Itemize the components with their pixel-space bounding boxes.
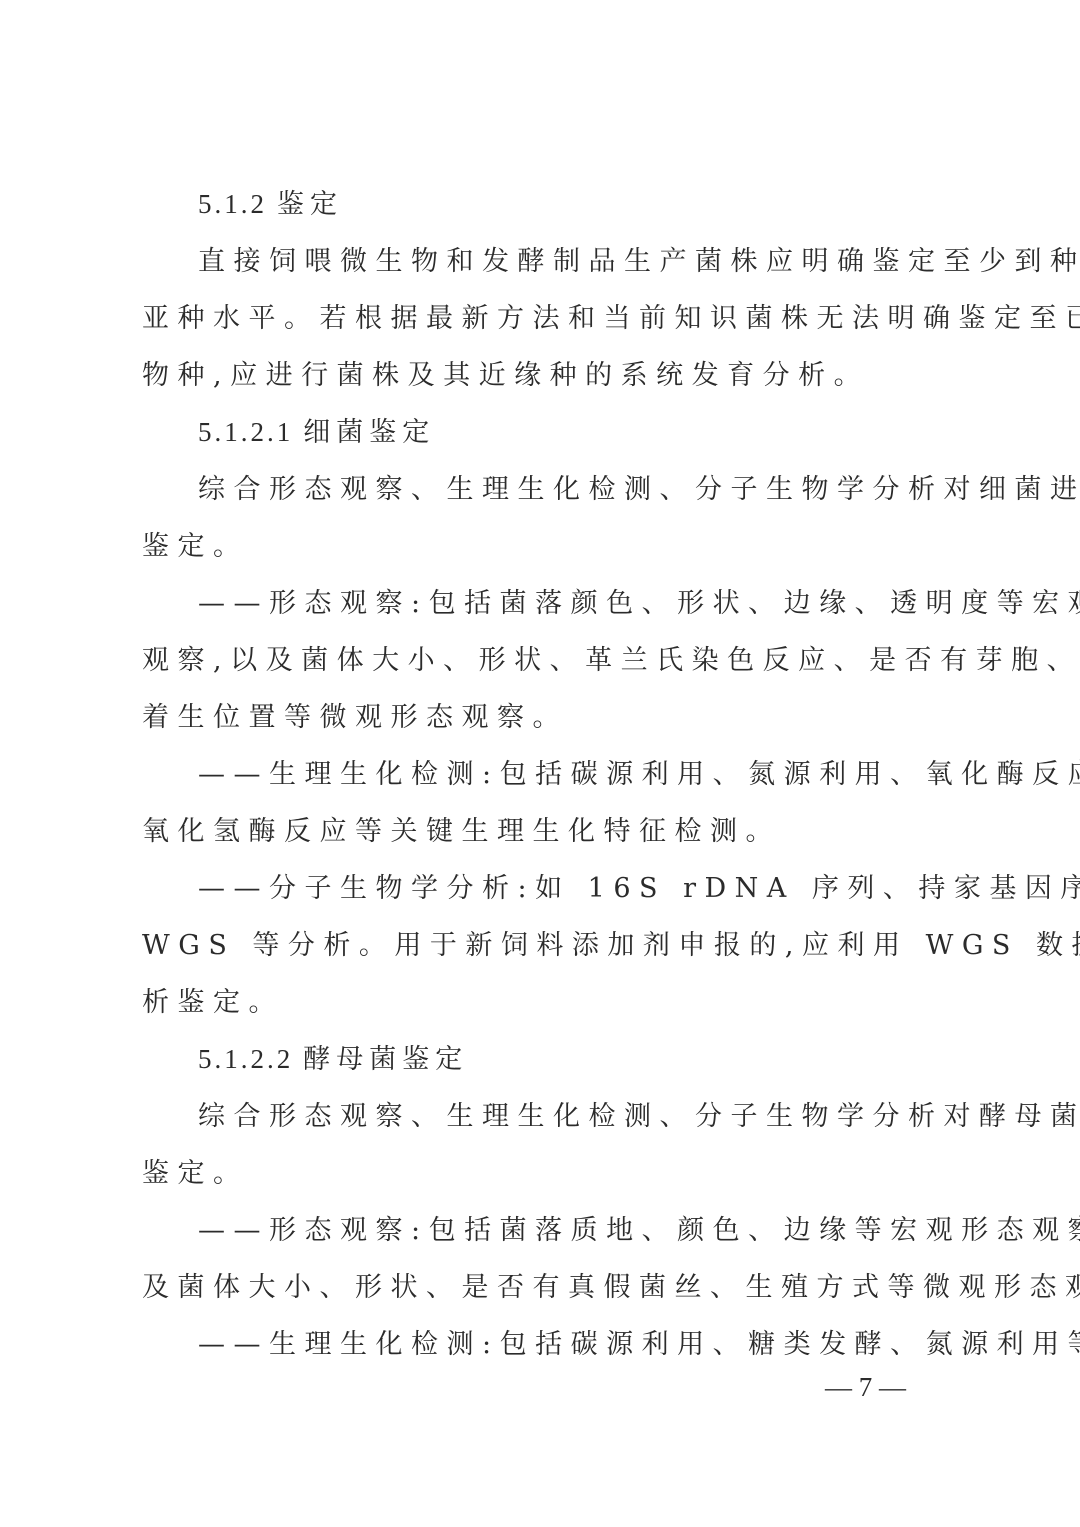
list-item-line: ——生理生化检测:包括碳源利用、氮源利用、氧化酶反应、过	[142, 746, 940, 803]
paragraph-line: 综合形态观察、生理生化检测、分子生物学分析对细菌进行	[142, 461, 940, 518]
list-item-line: 及菌体大小、形状、是否有真假菌丝、生殖方式等微观形态观察。	[142, 1259, 940, 1316]
list-item-line: 着生位置等微观形态观察。	[142, 689, 940, 746]
document-page: 5.1.2鉴定 直接饲喂微生物和发酵制品生产菌株应明确鉴定至少到种或 亚种水平。…	[142, 176, 940, 1373]
list-item-line: ——形态观察:包括菌落质地、颜色、边缘等宏观形态观察,以	[142, 1202, 940, 1259]
list-item-line: WGS 等分析。用于新饲料添加剂申报的,应利用 WGS 数据进行分	[142, 917, 940, 974]
list-item-line: 观察,以及菌体大小、形状、革兰氏染色反应、是否有芽胞、芽胞的	[142, 632, 940, 689]
section-title: 鉴定	[277, 189, 343, 220]
section-heading-5-1-2-2: 5.1.2.2酵母菌鉴定	[142, 1031, 940, 1088]
page-number: — 7 —	[825, 1372, 906, 1403]
section-number: 5.1.2.1	[198, 417, 293, 447]
paragraph-line: 直接饲喂微生物和发酵制品生产菌株应明确鉴定至少到种或	[142, 233, 940, 290]
section-title: 酵母菌鉴定	[303, 1044, 468, 1075]
list-item-line: ——生理生化检测:包括碳源利用、糖类发酵、氮源利用等关	[142, 1316, 940, 1373]
section-number: 5.1.2	[198, 189, 267, 219]
list-item-line: ——形态观察:包括菌落颜色、形状、边缘、透明度等宏观形态	[142, 575, 940, 632]
paragraph-line: 亚种水平。若根据最新方法和当前知识菌株无法明确鉴定至已有	[142, 290, 940, 347]
paragraph-line: 鉴定。	[142, 518, 940, 575]
section-heading-5-1-2: 5.1.2鉴定	[142, 176, 940, 233]
section-heading-5-1-2-1: 5.1.2.1细菌鉴定	[142, 404, 940, 461]
list-item-line: 析鉴定。	[142, 974, 940, 1031]
section-number: 5.1.2.2	[198, 1044, 293, 1074]
list-item-line: 氧化氢酶反应等关键生理生化特征检测。	[142, 803, 940, 860]
paragraph-line: 综合形态观察、生理生化检测、分子生物学分析对酵母菌进行	[142, 1088, 940, 1145]
paragraph-line: 物种,应进行菌株及其近缘种的系统发育分析。	[142, 347, 940, 404]
list-item-line: ——分子生物学分析:如 16S rDNA 序列、持家基因序列或	[142, 860, 940, 917]
paragraph-line: 鉴定。	[142, 1145, 940, 1202]
section-title: 细菌鉴定	[303, 417, 435, 448]
